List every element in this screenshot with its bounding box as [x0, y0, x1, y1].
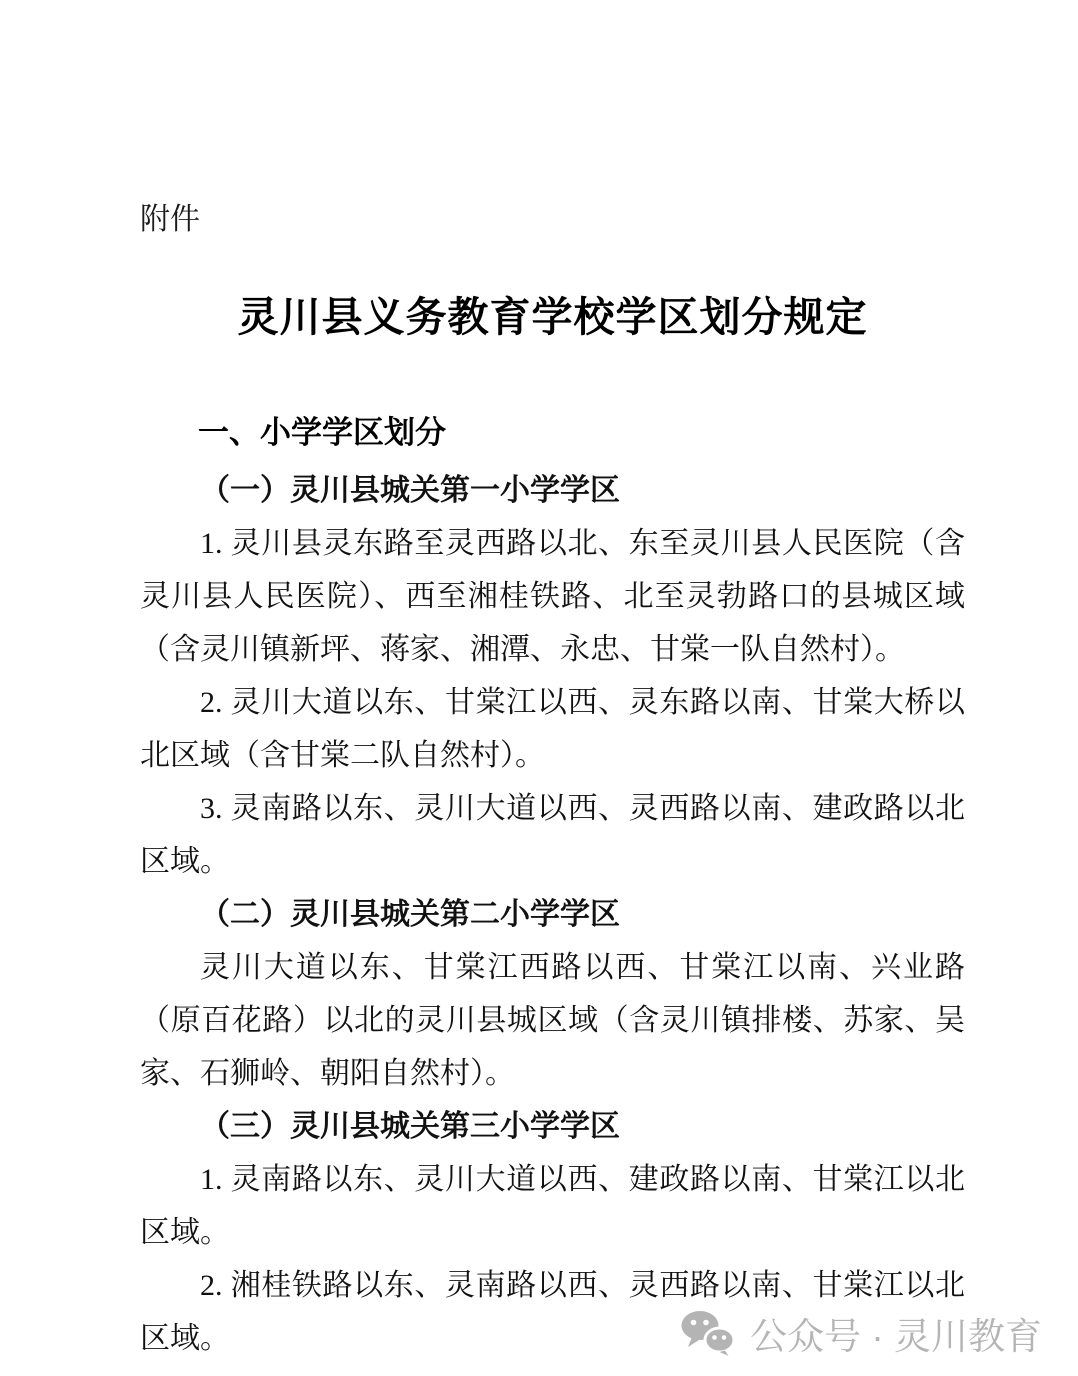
first-primary-school-item-1: 1. 灵川县灵东路至灵西路以北、东至灵川县人民医院（含灵川县人民医院）、西至湘桂… — [140, 517, 965, 676]
subsection-heading-second-primary-school: （二）灵川县城关第二小学学区 — [140, 888, 965, 941]
subsection-heading-third-primary-school: （三）灵川县城关第三小学学区 — [140, 1100, 965, 1153]
wechat-icon — [680, 1309, 736, 1357]
section-heading-primary-school-districts: 一、小学学区划分 — [140, 412, 965, 454]
first-primary-school-item-2: 2. 灵川大道以东、甘棠江以西、灵东路以南、甘棠大桥以北区域（含甘棠二队自然村）… — [140, 676, 965, 782]
second-primary-school-description: 灵川大道以东、甘棠江西路以西、甘棠江以南、兴业路（原百花路）以北的灵川县城区域（… — [140, 941, 965, 1100]
document-page: 附件 灵川县义务教育学校学区划分规定 一、小学学区划分 （一）灵川县城关第一小学… — [0, 0, 1078, 1376]
third-primary-school-item-1: 1. 灵南路以东、灵川大道以西、建政路以南、甘棠江以北区域。 — [140, 1153, 965, 1259]
subsection-heading-first-primary-school: （一）灵川县城关第一小学学区 — [140, 464, 965, 517]
attachment-label: 附件 — [140, 201, 965, 239]
document-body: （一）灵川县城关第一小学学区 1. 灵川县灵东路至灵西路以北、东至灵川县人民医院… — [140, 464, 965, 1365]
watermark-text: 公众号 · 灵川教育 — [750, 1306, 1042, 1360]
wechat-public-account-watermark: 公众号 · 灵川教育 — [680, 1306, 1042, 1360]
document-title: 灵川县义务教育学校学区划分规定 — [140, 290, 965, 344]
first-primary-school-item-3: 3. 灵南路以东、灵川大道以西、灵西路以南、建政路以北区域。 — [140, 782, 965, 888]
